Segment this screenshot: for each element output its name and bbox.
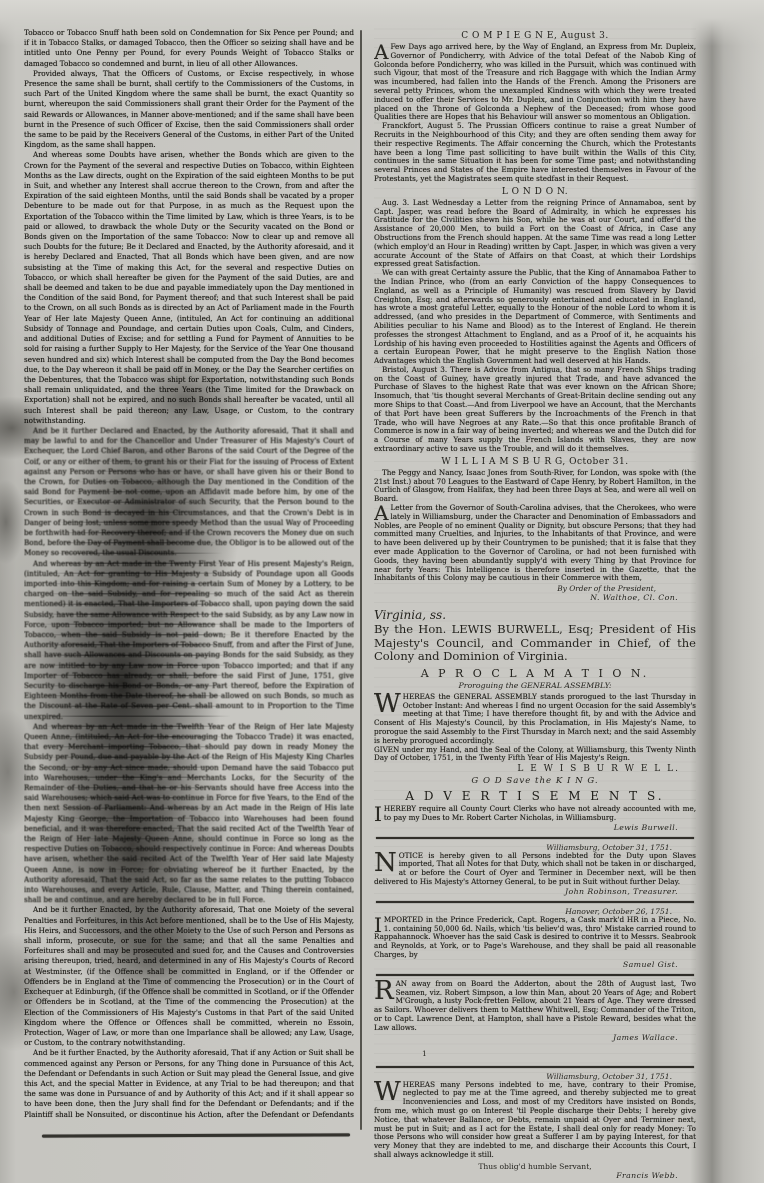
act-paragraph: And be it further Declared and Enacted, … [24,426,354,559]
act-paragraph: And whereas by an Act made in the Twelft… [24,722,354,906]
newspaper-page-scan: Tobacco or Tobacco Snuff hath been sold … [0,0,764,1183]
act-paragraph: And be it further Enacted, by the Author… [24,905,354,1048]
drop-cap-initial: N [374,852,399,873]
london-news-paragraph: We can with great Certainty assure the P… [374,269,696,366]
burwell-signature: L E W I S B U R W E L L. [374,764,680,775]
advertisement: Williamsburg, October 31, 1751. NOTICE i… [374,843,696,897]
ad-body: RAN away from on Board the Adderton, abo… [374,980,696,1033]
paragraph-text: MPORTED in the Prince Frederick, Capt. R… [374,915,696,959]
paragraph-text: Letter from the Governor of South-Caroli… [374,503,696,582]
act-paragraph: Tobacco or Tobacco Snuff hath been sold … [24,28,354,69]
left-column: Tobacco or Tobacco Snuff hath been sold … [24,28,354,1120]
clerk-signature: N. Walthoe, Cl. Con. [374,593,678,603]
ad-body: NOTICE is hereby given to all Persons in… [374,852,696,887]
ad-body: WHEREAS many Persons indebted to me, hav… [374,1081,696,1160]
ad-signature: Samuel Gist. [374,960,678,970]
ad-signature: James Wallace. [374,1033,678,1043]
paragraph-text: Few Days ago arrived here, by the Way of… [374,42,696,121]
ad-signature: Lewis Burwell. [374,823,678,833]
williamsburg-dateline-heading: W I L L I A M S B U R G, October 31. [374,456,696,468]
left-column-end-rule [42,1133,350,1137]
act-paragraph: And whereas by an Act made in the Twenty… [24,559,354,722]
act-paragraph: Provided always, That the Officers of Cu… [24,69,354,151]
ad-signature: Francis Webb. [374,1171,678,1180]
paragraph-text: HEREAS many Persons indebted to me, have… [374,1080,696,1159]
drop-cap-initial: W [374,693,403,714]
ad-closing-line: Thus oblig'd humble Servant, [374,1162,696,1171]
colony-designation: Virginia, ss. [374,608,696,622]
god-save-the-king-motto: G O D Save the K I N G. [374,776,696,786]
shipping-news-paragraph: The Peggy and Nancy, Isaac Jones from So… [374,469,696,504]
frankfort-news-paragraph: Franckfort, August 5. The Prussian Offic… [374,122,696,184]
ad-body: IMPORTED in the Prince Frederick, Capt. … [374,916,696,960]
proclamation-given-clause: GIVEN under my Hand, and the Seal of the… [374,746,696,764]
bristol-news-paragraph: Bristol, August 3. There is Advice from … [374,366,696,454]
proclamation-section: Virginia, ss. By the Hon. LEWIS BURWELL,… [374,608,696,786]
proclamation-title: By the Hon. LEWIS BURWELL, Esq; Presiden… [374,623,696,664]
press-figure-mark: 1 [422,1050,696,1058]
act-paragraph: And whereas some Doubts have arisen, whe… [24,150,354,425]
drop-cap-initial: W [374,1081,403,1102]
advertisement-divider-rule [376,837,694,839]
proclamation-subheading: Proroguing the GENERAL ASSEMBLY: [374,681,696,691]
ad-body: I HEREBY require all County Court Clerks… [374,805,696,823]
drop-cap-initial: I [374,916,384,933]
advertisement-divider-rule [376,974,694,976]
paragraph-text: HEREAS the GENERAL ASSEMBLY stands proro… [374,692,696,745]
london-news-paragraph: Aug. 3. Last Wednesday a Letter from the… [374,199,696,269]
right-column: C O M P I E G N E, August 3. A Few Days … [374,28,696,1180]
order-byline: By Order of the President, [374,584,656,593]
act-paragraph: And be it further Enacted, by the Author… [24,1048,354,1120]
ad-signature: John Robinson, Treasurer. [374,887,678,897]
advertisement: Hanover, October 26, 1751. IMPORTED in t… [374,907,696,970]
london-dateline-heading: L O N D O N. [374,186,696,198]
proclamation-body: WHEREAS the GENERAL ASSEMBLY stands pror… [374,693,696,746]
compiegne-dateline-heading: C O M P I E G N E, August 3. [374,30,696,42]
advertisement-divider-rule [376,1066,694,1068]
advertisement: Williamsburg, October 31, 1751. WHEREAS … [374,1072,696,1180]
proclamation-heading: A P R O C L A M A T I O N. [374,667,696,680]
column-divider-rule [360,30,362,1130]
advertisement-divider-rule [376,901,694,903]
drop-cap-initial: A [374,504,390,521]
paragraph-text: HEREBY require all County Court Clerks w… [384,804,696,822]
paragraph-text: OTICE is hereby given to all Persons ind… [374,851,696,886]
advertisement: RAN away from on Board the Adderton, abo… [374,980,696,1058]
paragraph-text: AN away from on Board the Adderton, abou… [374,979,696,1032]
compiegne-news-paragraph: A Few Days ago arrived here, by the Way … [374,43,696,122]
advertisement: I HEREBY require all County Court Clerks… [374,805,696,833]
drop-cap-initial: I [374,805,384,822]
drop-cap-initial: R [374,980,396,1001]
advertisements-heading: A D V E R T I S E M E N T S. [374,789,696,803]
cherokee-letter-paragraph: A Letter from the Governor of South-Caro… [374,504,696,583]
drop-cap-initial: A [374,43,390,60]
